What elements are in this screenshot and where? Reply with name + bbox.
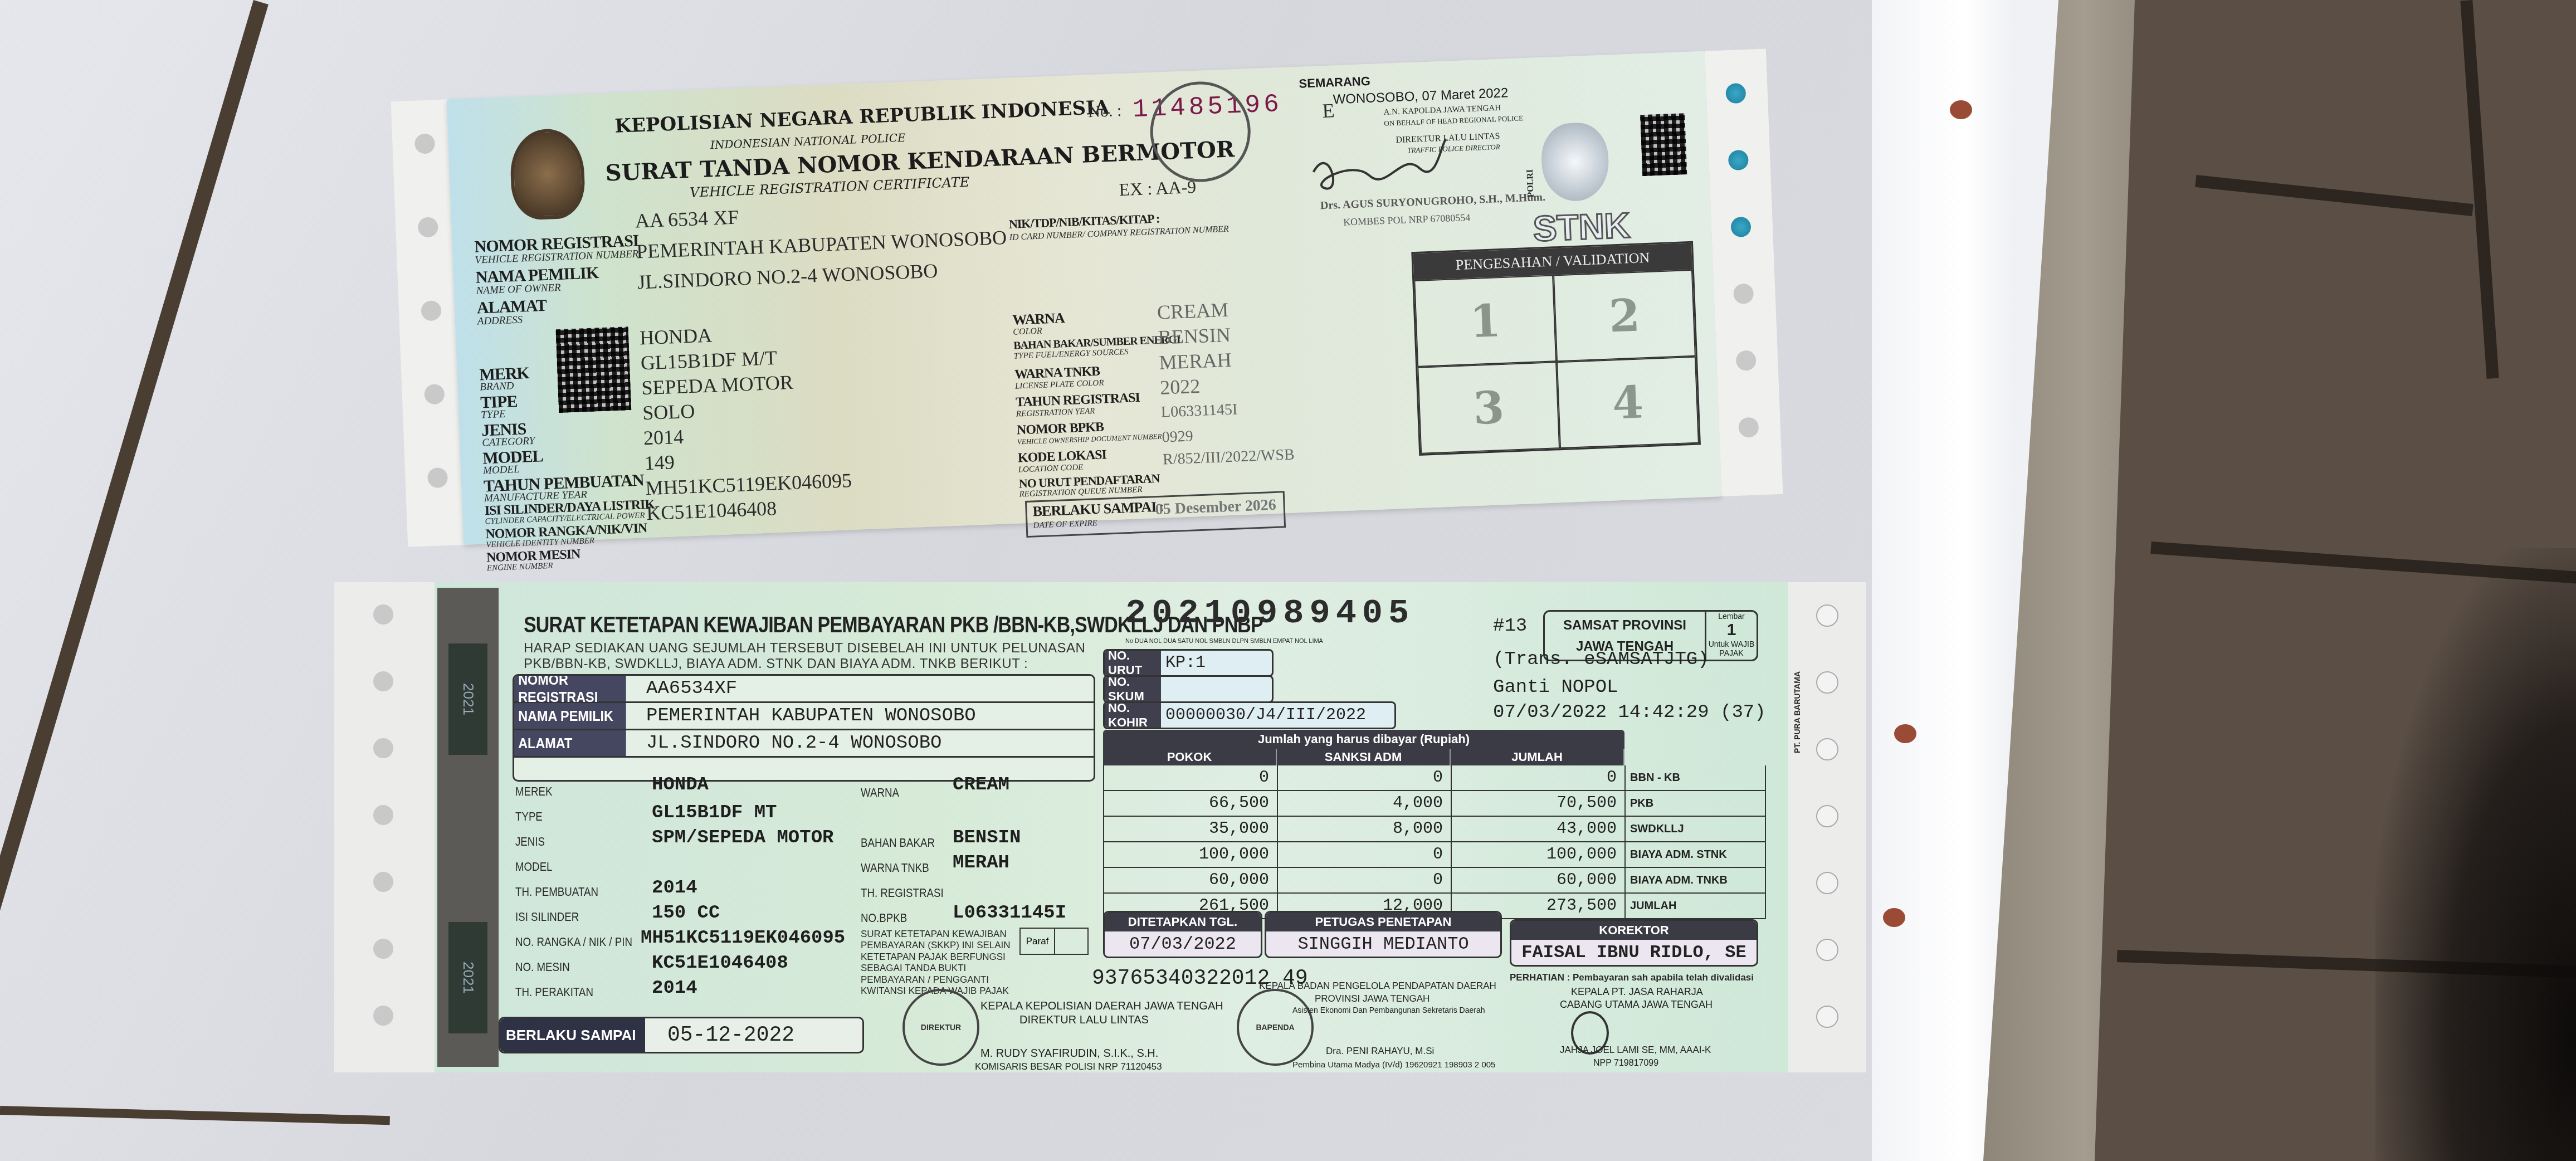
validation-cell: 2 (1553, 270, 1696, 362)
payment-pokok: 66,500 (1104, 791, 1278, 816)
validation-cell: 3 (1417, 362, 1560, 453)
shadow (2375, 548, 2576, 1161)
payment-sanksi: 0 (1278, 868, 1452, 892)
vin-number: MH51KC5119EK046095 (641, 928, 845, 949)
perforated-strip-left (334, 582, 435, 1072)
signer-title: PROVINSI JAWA TENGAH (1315, 993, 1430, 1004)
payment-jumlah: 100,000 (1452, 842, 1626, 867)
timestamp: 07/03/2022 14:42:29 (37) (1493, 702, 1766, 723)
payment-pokok: 0 (1104, 765, 1278, 790)
counter: #13 (1493, 616, 1527, 637)
bpkb-number: L06331145I (953, 903, 1066, 924)
skkp-note: SURAT KETETAPAN KEWAJIBAN PEMBAYARAN (SK… (861, 929, 1017, 997)
signer-rank: KOMISARIS BESAR POLISI NRP 71120453 (975, 1061, 1162, 1072)
payment-pokok: 100,000 (1104, 842, 1278, 867)
perhatian-note: PERHATIAN : Pembayaran sah apabila telah… (1510, 972, 1754, 983)
payment-pokok: 35,000 (1104, 817, 1278, 841)
payment-jumlah: 43,000 (1452, 817, 1626, 841)
payment-jumlah: 60,000 (1452, 868, 1626, 892)
stnk-brand-mark: STNK (1532, 204, 1631, 250)
no-skum-field: NO. SKUM (1103, 675, 1274, 703)
payment-jumlah: 70,500 (1452, 791, 1626, 816)
payment-row: 66,5004,00070,500PKB (1103, 791, 1766, 817)
skkp-expiry-date: 05-12-2022 (645, 1018, 862, 1052)
owner-address: JL.SINDORO NO.2-4 WONOSOBO (638, 730, 1094, 756)
polri-badge-icon (1540, 121, 1610, 202)
bapenda-stamp: BAPENDA (1237, 989, 1314, 1066)
validation-table: PENGESAHAN / VALIDATION 1 2 3 4 (1411, 241, 1701, 456)
korektor-box: KOREKTORFAISAL IBNU RIDLO, SE (1510, 919, 1758, 967)
no-urut-field: NO. URUTKP:1 (1103, 649, 1274, 677)
engine-number: KC51E1046408 (652, 953, 788, 974)
payment-sanksi: 0 (1278, 765, 1452, 790)
signer-org: KEPALA BADAN PENGELOLA PENDAPATAN DAERAH (1259, 980, 1496, 992)
payment-label: PKB (1626, 791, 1767, 816)
payment-row: 000BBN - KB (1103, 765, 1766, 791)
qr-code (555, 326, 631, 413)
signature-icon (1306, 133, 1453, 200)
owner-address: JL.SINDORO NO.2-4 WONOSOBO (637, 259, 939, 294)
ditetapkan-box: DITETAPKAN TGL.07/03/2022 (1103, 911, 1262, 958)
trans-note: (Trans. eSAMSATJTG) (1493, 649, 1709, 670)
place-printed: SEMARANG (1299, 74, 1370, 91)
owner-box: NOMOR REGISTRASIAA6534XF NAMA PEMILIKPEM… (513, 674, 1095, 782)
printer-mark: PT. PURA BARUTAMA (1793, 671, 1802, 753)
engine-number: KC51E1046408 (646, 496, 777, 525)
payment-sanksi: 4,000 (1278, 791, 1452, 816)
qr-code-small (1640, 113, 1687, 176)
police-emblem-icon (509, 128, 586, 221)
skkp-document: 2021 2021 SURAT KETETAPAN KEWAJIBAN PEMB… (334, 582, 1866, 1084)
payment-label: BIAYA ADM. STNK (1626, 842, 1767, 867)
validation-cell: 1 (1414, 275, 1557, 367)
year-band: 2021 2021 (437, 588, 499, 1067)
owner-name: PEMERINTAH KABUPATEN WONOSOBO (636, 226, 1007, 264)
action-note: Ganti NOPOL (1493, 677, 1618, 698)
payment-row: 100,0000100,000BIAYA ADM. STNK (1103, 842, 1766, 868)
skkp-subtitle-2: PKB/BBN-KB, SWDKLLJ, BIAYA ADM. STNK DAN… (524, 656, 1028, 672)
payment-sanksi: 0 (1278, 842, 1452, 867)
perforated-strip-right: PT. PURA BARUTAMA (1788, 582, 1866, 1072)
header-org: KEPOLISIAN NEGARA REPUBLIK INDONESIA (614, 96, 1110, 138)
document-number-words: No DUA NOL DUA SATU NOL SMBLN DLPN SMBLN… (1125, 638, 1323, 645)
document-number: 20210989405 (1125, 593, 1414, 633)
stnk-body: KEPOLISIAN NEGARA REPUBLIK INDONESIA IND… (447, 51, 1722, 545)
owner-name: PEMERINTAH KABUPATEN WONOSOBO (638, 703, 1094, 729)
direktur-stamp: DIREKTUR (902, 989, 979, 1066)
signer-title: DIREKTUR LALU LINTAS (1019, 1014, 1149, 1027)
signatory-rank: KOMBES POL NRP 67080554 (1343, 212, 1471, 228)
expiry-box: BERLAKU SAMPAI : DATE OF EXPIRE 05 Desem… (1025, 491, 1286, 538)
payment-table: Jumlah yang harus dibayar (Rupiah) POKOK… (1103, 730, 1766, 919)
vin-number: MH51KC5119EK046095 (645, 469, 852, 500)
payment-label: BIAYA ADM. TNKB (1626, 868, 1767, 892)
rust-spot (1894, 724, 1916, 743)
petugas-box: PETUGAS PENETAPANSINGGIH MEDIANTO (1265, 911, 1502, 958)
rust-spot (1950, 100, 1972, 119)
skkp-subtitle-1: HARAP SEDIAKAN UANG SEJUMLAH TERSEBUT DI… (524, 641, 1085, 656)
ex-plate: EX : AA-9 (1119, 177, 1197, 200)
payment-row: 35,0008,00043,000SWDKLLJ (1103, 817, 1766, 842)
validation-cell: 4 (1557, 357, 1699, 448)
skkp-expiry-box: BERLAKU SAMPAI 05-12-2022 (499, 1017, 864, 1053)
signer-org: KEPALA PT. JASA RAHARJA (1571, 986, 1703, 998)
signer-org: KEPALA KEPOLISIAN DAERAH JAWA TENGAH (980, 1000, 1223, 1013)
payment-label: SWDKLLJ (1626, 817, 1767, 841)
bpkb-number: L06331145I (1160, 401, 1238, 421)
paraf-box: Paraf (1019, 928, 1089, 955)
signer-name: JAHJA JOEL LAMI SE, MM, AAAI-K (1560, 1045, 1711, 1056)
no-kohir-field: NO. KOHIR00000030/J4/III/2022 (1103, 701, 1396, 729)
payment-jumlah: 0 (1452, 765, 1626, 790)
polri-label: POLRI (1525, 169, 1536, 198)
registration-number: AA 6534 XF (635, 205, 739, 232)
payment-label: JUMLAH (1626, 894, 1767, 918)
payment-row: 60,000060,000BIAYA ADM. TNKB (1103, 868, 1766, 894)
rust-spot (1883, 908, 1905, 927)
stnk-document: KEPOLISIAN NEGARA REPUBLIK INDONESIA IND… (423, 25, 1834, 568)
registration-number: AA6534XF (638, 676, 1094, 701)
signer-title: CABANG UTAMA JAWA TENGAH (1560, 999, 1713, 1011)
payment-label: BBN - KB (1626, 765, 1767, 790)
signer-rank: NPP 719817099 (1593, 1058, 1658, 1069)
serial-label: No. : (1088, 101, 1122, 121)
signer-name: Dra. PENI RAHAYU, M.Si (1326, 1046, 1434, 1057)
expiry-date: 05 Desember 2026 (1155, 496, 1276, 519)
signer-name: M. RUDY SYAFIRUDIN, S.I.K., S.H. (980, 1047, 1158, 1060)
payment-sanksi: 8,000 (1278, 817, 1452, 841)
signer-subtitle: Asisten Ekonomi Dan Pembangunan Sekretar… (1292, 1006, 1485, 1014)
payment-pokok: 60,000 (1104, 868, 1278, 892)
signer-rank: Pembina Utama Madya (IV/d) 19620921 1989… (1292, 1060, 1495, 1070)
header-org-en: INDONESIAN NATIONAL POLICE (710, 131, 906, 152)
